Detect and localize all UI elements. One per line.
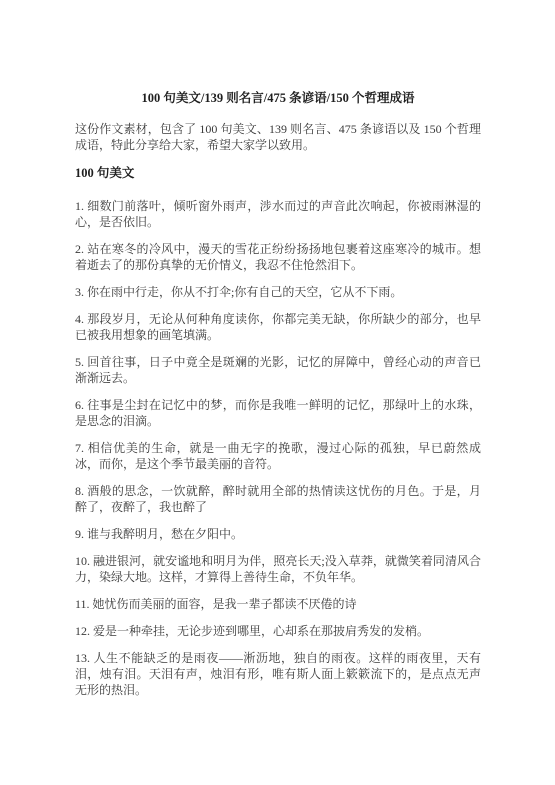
document-page: 100 句美文/139 则名言/475 条谚语/150 个哲理成语 这份作文素材… [0, 0, 555, 785]
intro-paragraph: 这份作文素材，包含了 100 句美文、139 则名言、475 条谚语以及 150… [75, 121, 481, 153]
section-heading-beautiful-sentences: 100 句美文 [75, 165, 481, 181]
sentence-item-2: 2. 站在寒冬的冷风中，漫天的雪花正纷纷扬扬地包裹着这座寒冷的城市。想着逝去了的… [75, 241, 481, 273]
sentence-item-4: 4. 那段岁月，无论从何种角度读你，你都完美无缺，你所缺少的部分，也早已被我用想… [75, 311, 481, 343]
sentence-item-13: 13. 人生不能缺乏的是雨夜——淅沥地，独自的雨夜。这样的雨夜里，天有泪，烛有泪… [75, 650, 481, 698]
sentence-item-1: 1. 细数门前落叶，倾听窗外雨声，涉水而过的声音此次响起，你被雨淋湿的心，是否依… [75, 198, 481, 230]
sentence-item-5: 5. 回首往事，日子中竟全是斑斓的光影，记忆的屏障中，曾经心动的声音已渐渐远去。 [75, 354, 481, 386]
sentence-item-12: 12. 爱是一种牵挂，无论步迹到哪里，心却系在那披肩秀发的发梢。 [75, 623, 481, 639]
document-title: 100 句美文/139 则名言/475 条谚语/150 个哲理成语 [75, 90, 481, 106]
sentence-item-3: 3. 你在雨中行走，你从不打伞;你有自己的天空，它从不下雨。 [75, 284, 481, 300]
sentence-item-7: 7. 相信优美的生命，就是一曲无字的挽歌，漫过心际的孤独，早已蔚然成冰，而你，是… [75, 440, 481, 472]
sentence-item-9: 9. 谁与我醉明月，愁在夕阳中。 [75, 526, 481, 542]
sentence-item-6: 6. 往事是尘封在记忆中的梦，而你是我唯一鲜明的记忆，那绿叶上的水珠，是思念的泪… [75, 397, 481, 429]
sentence-item-8: 8. 酒般的思念，一饮就醉，醉时就用全部的热情读这忧伤的月色。于是，月醉了，夜醉… [75, 483, 481, 515]
sentence-item-10: 10. 融进银河，就安谧地和明月为伴，照亮长天;没入草莽，就微笑着同清风合力，染… [75, 553, 481, 585]
document-body: 100 句美文/139 则名言/475 条谚语/150 个哲理成语 这份作文素材… [0, 0, 555, 785]
sentence-item-11: 11. 她忧伤而美丽的面容，是我一辈子都读不厌倦的诗 [75, 596, 481, 612]
